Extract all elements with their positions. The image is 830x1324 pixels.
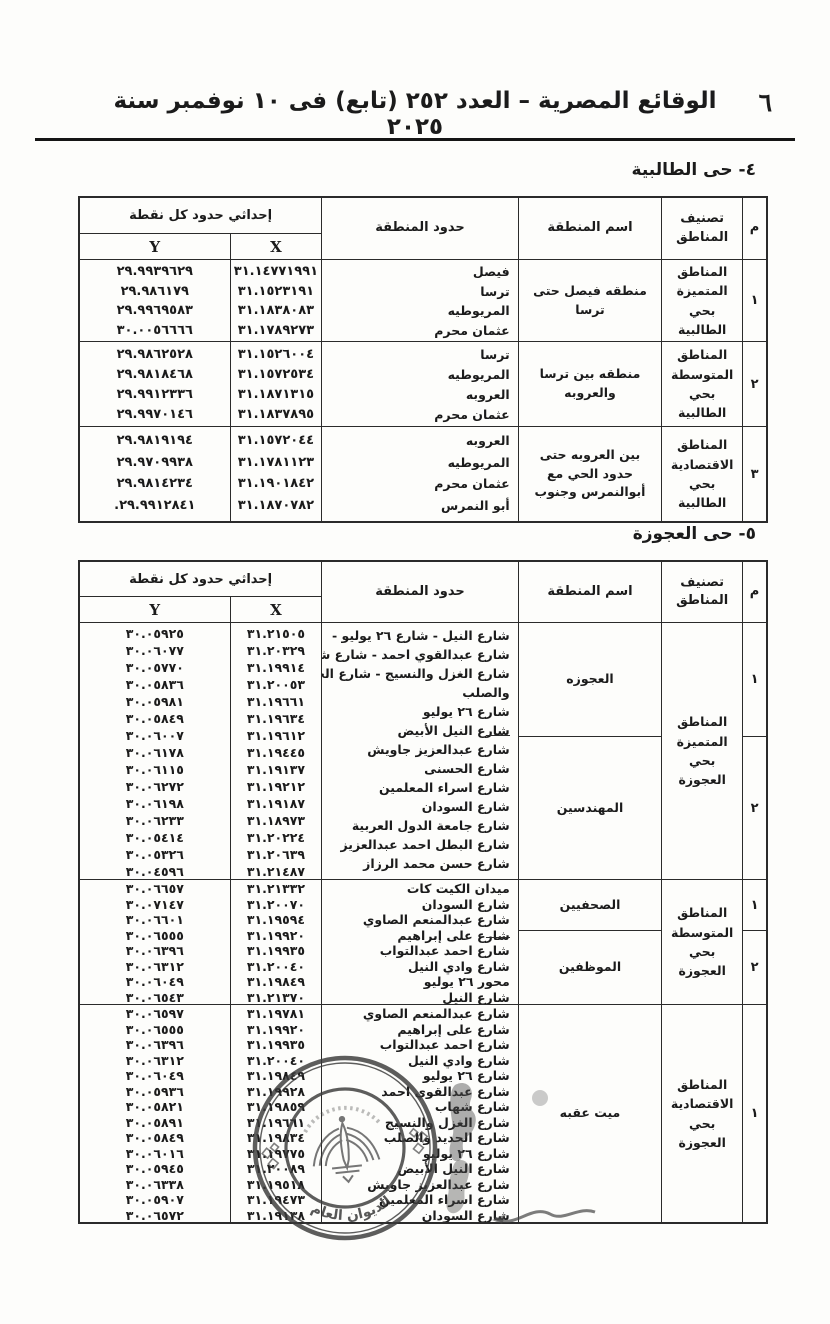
y-values: ٢٩.٩٩٣٩٦٢٩٢٩.٩٨٦١٧٩٢٩.٩٩٦٩٥٨٣٣٠.٠٠٥٦٦٦٦ (80, 260, 230, 341)
value-line: شارع وادي النيل (322, 959, 517, 975)
value-line: شارع السودان (322, 897, 517, 913)
header-serial: م (742, 198, 766, 259)
value-line: شارع جامعة الدول العربية (322, 816, 517, 835)
section-4-title: ٤- حى الطالبية (632, 160, 756, 180)
area-name-subcolumn: الصحفيين الموظفين (518, 880, 662, 1004)
value-line: ٣١.١٨٧٠٧٨٢ (231, 495, 322, 517)
value-line: المريوطيه (322, 301, 517, 321)
value-line: شارع وادي النيل (322, 1053, 517, 1069)
value-line: فيصل (322, 262, 517, 282)
value-line: ٣٠.٠٦٠١٦ (80, 1146, 230, 1162)
value-line: ٣١.١٩٦٦١ (231, 693, 322, 710)
value-line: ٣١.١٤٧٧١٩٩١ (231, 262, 322, 282)
value-line: عثمان محرم (322, 473, 517, 495)
table-header-row: م تصنيف المناطق اسم المنطقة حدود المنطقة… (80, 562, 766, 623)
gazette-header-title: الوقائع المصرية – العدد ٢٥٢ (تابع) فى ١٠… (100, 88, 730, 140)
row-bounds: العروبهالمريوطيهعثمان محرمأبو النمرس (321, 427, 517, 521)
value-line: ٣١.١٩٦١٢ (231, 727, 322, 744)
x-values: ٣١.١٩٧٨١٣١.١٩٩٢٠٣١.١٩٩٣٥٣١.٢٠٠٤٠٣١.١٩٨٤٩… (230, 1005, 322, 1222)
value-line: ٣٠.٠٦٥٧٢ (80, 1208, 230, 1223)
value-line: ٣٠.٠٥٩٨١ (80, 693, 230, 710)
value-line: ٣١.١٥٧٢٥٣٤ (231, 365, 322, 385)
header-serial: م (742, 562, 766, 622)
value-line: ٣١.١٩١٨٧ (231, 795, 322, 812)
row-area-name: الصحفيين (519, 880, 662, 931)
header-y: Y (80, 597, 230, 622)
value-line: ٣١.١٩٦٦١ (231, 1115, 322, 1131)
value-line: المريوطيه (322, 452, 517, 474)
row-area-name: المهندسين (519, 737, 662, 879)
row-classification: المناطق المتميزة بحي الطالبية (661, 260, 742, 341)
value-line: ٢٩.٩٩٣٩٦٢٩ (80, 262, 230, 282)
value-line: ٣١.٢٠٠٨٩ (231, 1161, 322, 1177)
value-line: ٣٠.٠٥٨٩١ (80, 1115, 230, 1131)
value-line: محور ٢٦ يوليو (322, 974, 517, 990)
gazette-page: { "page": { "number": "٦", "title": "الو… (0, 0, 830, 1324)
value-line: ٣٠.٠٥٤١٤ (80, 829, 230, 846)
value-line: ٣١.١٩٨٣٤ (231, 1130, 322, 1146)
y-values: ٣٠.٠٥٩٢٥٣٠.٠٦٠٧٧٣٠.٠٥٧٧٠٣٠.٠٥٨٣٦٣٠.٠٥٩٨١… (80, 623, 230, 879)
value-line: ٣١.١٥٧٢٠٤٤ (231, 430, 322, 452)
value-line: شارع النيل الأبيض (322, 721, 517, 740)
value-line: شارع على إبراهيم (322, 1022, 517, 1038)
value-line: ٣٠.٠٧١٤٧ (80, 897, 230, 913)
value-line: شارع شهاب (322, 1099, 517, 1115)
header-coords: إحداثي حدود كل نقطة (80, 198, 321, 234)
row-serial: ١ (742, 1005, 766, 1222)
table-row: ٣ المناطق الاقتصادية بحي الطالبية بين ال… (80, 427, 766, 521)
value-line: ٣١.١٩٤٧٣ (231, 1192, 322, 1208)
value-line: شارع النيل الأبيض (322, 1161, 517, 1177)
value-line: ٣١.١٩٩٣٥ (231, 1037, 322, 1053)
area-name-subcolumn: العجوزه المهندسين (518, 623, 662, 879)
value-line: ٣١.١٩٧٨١ (231, 1006, 322, 1022)
table-row: ١ المناطق المتميزة بحي الطالبية منطقه في… (80, 260, 766, 342)
value-line: ٣١.١٩٩٢٠ (231, 928, 322, 944)
classification-group-row: ١ ٢ المناطق المتميزة بحي العجوزة العجوزه… (80, 623, 766, 880)
value-line: شارع الغزل والنسيج - شارع الحديد (322, 664, 517, 683)
value-line: عثمان محرم (322, 321, 517, 341)
value-line: ٣١.١٨٧١٣١٥ (231, 385, 322, 405)
value-line: ٣٠.٠٦٥٥٥ (80, 928, 230, 944)
value-line: شارع عبدالقوي احمد (322, 1084, 517, 1100)
value-line: ٣٠.٠٦٢٧٢ (80, 778, 230, 795)
value-line: ٣٠.٠٦٣١٢ (80, 1053, 230, 1069)
value-line: شارع ٢٦ يوليو (322, 1146, 517, 1162)
serial-subcolumn: ١ ٢ (742, 880, 766, 1004)
row-classification: المناطق المتميزة بحي العجوزة (661, 623, 742, 879)
header-bounds: حدود المنطقة (321, 198, 517, 259)
value-line: ٣١.١٨٩٧٣ (231, 812, 322, 829)
header-xy-row: X Y (80, 234, 321, 259)
value-line: شارع النيل - شارع ٢٦ يوليو - (322, 626, 517, 645)
value-line: شارع عبدالعزيز جاويش (322, 740, 517, 759)
value-line: ترسا (322, 345, 517, 365)
value-line: شارع احمد عبدالتواب (322, 943, 517, 959)
value-line: ٣١.٢٠٠٤٠ (231, 959, 322, 975)
table-row: ٢ المناطق المتوسطة بحي الطالبية منطقه بي… (80, 342, 766, 427)
header-y: Y (80, 234, 230, 259)
value-line: ٣١.١٩٦٣٤ (231, 710, 322, 727)
value-line: ٣٠.٠٦٠٠٧ (80, 727, 230, 744)
value-line: ٣٠.٠٥٨٤٩ (80, 1130, 230, 1146)
header-classification: تصنيف المناطق (661, 562, 742, 622)
value-line: ٣٠.٠٥٧٧٠ (80, 659, 230, 676)
value-line: شارع ٢٦ يوليو (322, 1068, 517, 1084)
value-line: ٣٠.٠٦٥٤٣ (80, 990, 230, 1005)
value-line: ٢٩.٩٨١٨٤٦٨ (80, 365, 230, 385)
value-line: ميدان الكيت كات (322, 881, 517, 897)
value-line: ٣١.٢٠٣٢٩ (231, 642, 322, 659)
value-line: المريوطيه (322, 365, 517, 385)
value-line: ٣١.٢٠٦٣٩ (231, 846, 322, 863)
row-classification: المناطق الاقتصادية بحي العجوزة (661, 1005, 742, 1222)
row-area-name: ميت عقبه (518, 1005, 662, 1222)
classification-group-row: ١ ٢ المناطق المتوسطة بحي العجوزة الصحفيي… (80, 880, 766, 1005)
value-line: ٣٠.٠٠٥٦٦٦٦ (80, 321, 230, 341)
value-line: ٣٠.٠٦٢٣٣ (80, 812, 230, 829)
value-line: ٣١.٢١٣٣٢ (231, 881, 322, 897)
x-values: ٣١.٢١٣٣٢٣١.٢٠٠٧٠٣١.١٩٥٩٤٣١.١٩٩٢٠٣١.١٩٩٣٥… (230, 880, 322, 1004)
value-line: ٢٩.٩٨٦١٧٩ (80, 282, 230, 302)
header-coords-block: إحداثي حدود كل نقطة X Y (80, 198, 321, 259)
x-values: ٣١.١٥٢٦٠٠٤٣١.١٥٧٢٥٣٤٣١.١٨٧١٣١٥٣١.١٨٣٧٨٩٥ (230, 342, 322, 426)
row-bounds: شارع النيل - شارع ٢٦ يوليو -شارع عبدالقو… (321, 623, 517, 879)
value-line: ٣١.١٩١٣٧ (231, 761, 322, 778)
y-values: ٣٠.٠٦٥٩٧٣٠.٠٦٥٥٥٣٠.٠٦٣٩٦٣٠.٠٦٣١٢٣٠.٠٦٠٤٩… (80, 1005, 230, 1222)
value-line: ٣١.١٩٩٢٠ (231, 1022, 322, 1038)
value-line: شارع ٢٦ يوليو (322, 702, 517, 721)
value-line: ٣١.٢٠٠٥٣ (231, 676, 322, 693)
y-values: ٢٩.٩٨١٩١٩٤٢٩.٩٧٠٩٩٣٨٢٩.٩٨١٤٢٣٤.٢٩.٩٩١٢٨٤… (80, 427, 230, 521)
header-classification: تصنيف المناطق (661, 198, 742, 259)
value-line: شارع عبدالمنعم الصاوي (322, 912, 517, 928)
classification-group-row: ١ المناطق الاقتصادية بحي العجوزة ميت عقب… (80, 1005, 766, 1222)
row-area-name: منطقه بين ترسا والعروبه (518, 342, 662, 426)
value-line: ٣٠.٠٥٣٢٦ (80, 846, 230, 863)
value-line: شارع على إبراهيم (322, 928, 517, 944)
row-area-name: بين العروبه حتى حدود الحي مع أبوالنمرس و… (518, 427, 662, 521)
value-line: العروبه (322, 385, 517, 405)
value-line: شارع السودان (322, 797, 517, 816)
value-line: ٣١.١٥٢٣١٩١ (231, 282, 322, 302)
row-area-name: الموظفين (519, 931, 662, 1004)
value-line: شارع البطل احمد عبدالعزيز (322, 835, 517, 854)
value-line: أبو النمرس (322, 495, 517, 517)
row-serial: ١ (743, 880, 766, 931)
talbia-table: م تصنيف المناطق اسم المنطقة حدود المنطقة… (78, 196, 768, 523)
value-line: ٣٠.٠٦٦٥٧ (80, 881, 230, 897)
value-line: والصلب (322, 683, 517, 702)
value-line: شارع السودان (322, 1208, 517, 1223)
value-line: ٣٠.٠٦٣٣٨ (80, 1177, 230, 1193)
value-line: ٣٠.٠٥٩٢٥ (80, 625, 230, 642)
value-line: ٣٠.٠٦٥٥٥ (80, 1022, 230, 1038)
value-line: ٣١.١٧٨١١٢٣ (231, 452, 322, 474)
y-values: ٣٠.٠٦٦٥٧٣٠.٠٧١٤٧٣٠.٠٦٦٠١٣٠.٠٦٥٥٥٣٠.٠٦٣٩٦… (80, 880, 230, 1004)
value-line: ٣٠.٠٦٠٤٩ (80, 1068, 230, 1084)
value-line: ٣٠.٠٥٨٣٦ (80, 676, 230, 693)
value-line: ٣٠.٠٥٨٤٩ (80, 710, 230, 727)
value-line: ٣٠.٠٦١٩٨ (80, 795, 230, 812)
header-xy-row: X Y (80, 597, 321, 622)
header-area-name: اسم المنطقة (518, 562, 662, 622)
row-area-name: العجوزه (519, 623, 662, 737)
value-line: ٣١.٢١٥٠٥ (231, 625, 322, 642)
value-line: ٣١.١٧٨٩٢٧٣ (231, 321, 322, 341)
header-coords-block: إحداثي حدود كل نقطة X Y (80, 562, 321, 622)
value-line: ٢٩.٩٩٧٠١٤٦ (80, 405, 230, 425)
row-bounds: ترساالمريوطيهالعروبهعثمان محرم (321, 342, 517, 426)
header-bounds: حدود المنطقة (321, 562, 517, 622)
value-line: ٣١.١٨٣٧٨٩٥ (231, 405, 322, 425)
value-line: ٣١.١٩٥٩٤ (231, 912, 322, 928)
row-serial: ٢ (742, 342, 766, 426)
header-coords: إحداثي حدود كل نقطة (80, 562, 321, 597)
value-line: شارع عبدالعزيز جاويش (322, 1177, 517, 1193)
row-bounds: فيصلترساالمريوطيهعثمان محرم (321, 260, 517, 341)
x-values: ٣١.٢١٥٠٥٣١.٢٠٣٢٩٣١.١٩٩١٤٣١.٢٠٠٥٣٣١.١٩٦٦١… (230, 623, 322, 879)
x-values: ٣١.١٥٧٢٠٤٤٣١.١٧٨١١٢٣٣١.١٩٠١٨٤٢٣١.١٨٧٠٧٨٢ (230, 427, 322, 521)
value-line: ٣٠.٠٦٠٧٧ (80, 642, 230, 659)
value-line: ٣١.٢٠٢٢٤ (231, 829, 322, 846)
header-x: X (230, 234, 322, 259)
value-line: ٣١.١٩٠١٨٤٢ (231, 473, 322, 495)
value-line: ٣١.٢١٣٧٠ (231, 990, 322, 1005)
header-rule (35, 138, 795, 141)
value-line: العروبه (322, 430, 517, 452)
row-area-name: منطقه فيصل حتى ترسا (518, 260, 662, 341)
value-line: ٣١.٢٠٠٤٠ (231, 1053, 322, 1069)
x-values: ٣١.١٤٧٧١٩٩١٣١.١٥٢٣١٩١٣١.١٨٣٨٠٨٣٣١.١٧٨٩٢٧… (230, 260, 322, 341)
value-line: ٢٩.٩٧٠٩٩٣٨ (80, 452, 230, 474)
value-line: ٣٠.٠٦١٧٨ (80, 744, 230, 761)
value-line: ٣٠.٠٦٠٤٩ (80, 974, 230, 990)
row-serial: ٢ (743, 737, 766, 879)
value-line: ٣٠.٠٦٣٩٦ (80, 943, 230, 959)
value-line: ٣٠.٠٥٩٣٦ (80, 1084, 230, 1100)
value-line: شارع احمد عبدالتواب (322, 1037, 517, 1053)
value-line: شارع حسن محمد الرزاز (322, 854, 517, 873)
value-line: ٢٩.٩٨١٤٢٣٤ (80, 473, 230, 495)
value-line: شارع النيل (322, 990, 517, 1005)
value-line: ٣١.١٩٨٤٩ (231, 974, 322, 990)
value-line: ٣١.١٩٨٥٩ (231, 1099, 322, 1115)
value-line: ٣١.١٩٧٧٥ (231, 1146, 322, 1162)
serial-subcolumn: ١ ٢ (742, 623, 766, 879)
value-line: ٢٩.٩٨٦٢٥٢٨ (80, 345, 230, 365)
value-line: شارع اسراء المعلمين (322, 778, 517, 797)
row-classification: المناطق الاقتصادية بحي الطالبية (661, 427, 742, 521)
value-line: ٢٩.٩٩١٢٣٣٦ (80, 385, 230, 405)
value-line: شارع الحسنى (322, 759, 517, 778)
value-line: ٣٠.٠٥٨٢١ (80, 1099, 230, 1115)
value-line: ٣١.١٩٩١٤ (231, 659, 322, 676)
value-line: شارع الحديد والصلب (322, 1130, 517, 1146)
value-line: ٣١.١٩٩٢٨ (231, 1084, 322, 1100)
value-line: ٣٠.٠٦٣٩٦ (80, 1037, 230, 1053)
value-line: ٣٠.٠٤٥٩٦ (80, 863, 230, 879)
value-line: ٣٠.٠٦٣١٢ (80, 959, 230, 975)
value-line: ٣١.١٥٢٦٠٠٤ (231, 345, 322, 365)
row-bounds: شارع عبدالمنعم الصاويشارع على إبراهيمشار… (321, 1005, 517, 1222)
value-line: ٣٠.٠٥٩٠٧ (80, 1192, 230, 1208)
value-line: ٣٠.٠٦٦٠١ (80, 912, 230, 928)
value-line: ٢٩.٩٩٦٩٥٨٣ (80, 301, 230, 321)
row-bounds: ميدان الكيت كاتشارع السودانشارع عبدالمنع… (321, 880, 517, 1004)
value-line: شارع عبدالمنعم الصاوي (322, 1006, 517, 1022)
value-line: .٢٩.٩٩١٢٨٤١ (80, 495, 230, 517)
value-line: ٣٠.٠٦١١٥ (80, 761, 230, 778)
value-line: ٣١.١٩٢١٢ (231, 778, 322, 795)
row-serial: ١ (742, 260, 766, 341)
page-number: ٦ (759, 88, 772, 117)
row-classification: المناطق المتوسطة بحي الطالبية (661, 342, 742, 426)
header-area-name: اسم المنطقة (518, 198, 662, 259)
row-serial: ١ (743, 623, 766, 737)
value-line: ٣١.١٩١٣٨ (231, 1208, 322, 1223)
value-line: شارع عبدالقوي احمد - شارع شهاب - (322, 645, 517, 664)
value-line: ٣٠.٠٦٥٩٧ (80, 1006, 230, 1022)
section-5-title: ٥- حى العجوزة (633, 524, 756, 544)
value-line: ٣١.١٩٨٤٩ (231, 1068, 322, 1084)
value-line: ٣١.١٩٩٣٥ (231, 943, 322, 959)
y-values: ٢٩.٩٨٦٢٥٢٨٢٩.٩٨١٨٤٦٨٢٩.٩٩١٢٣٣٦٢٩.٩٩٧٠١٤٦ (80, 342, 230, 426)
value-line: ٣٠.٠٥٩٤٥ (80, 1161, 230, 1177)
agouza-table: م تصنيف المناطق اسم المنطقة حدود المنطقة… (78, 560, 768, 1224)
value-line: ٣١.١٩٥١٨ (231, 1177, 322, 1193)
table-header-row: م تصنيف المناطق اسم المنطقة حدود المنطقة… (80, 198, 766, 260)
row-classification: المناطق المتوسطة بحي العجوزة (661, 880, 742, 1004)
value-line: ترسا (322, 282, 517, 302)
value-line: ٣١.١٩٤٤٥ (231, 744, 322, 761)
value-line: ٣١.١٨٣٨٠٨٣ (231, 301, 322, 321)
value-line: ٢٩.٩٨١٩١٩٤ (80, 430, 230, 452)
value-line: ٣١.٢١٤٨٧ (231, 863, 322, 879)
value-line: شارع اسراء المعلمين (322, 1192, 517, 1208)
value-line: ٣١.٢٠٠٧٠ (231, 897, 322, 913)
value-line: شارع الغزل والنسيج (322, 1115, 517, 1131)
row-serial: ٣ (742, 427, 766, 521)
value-line: عثمان محرم (322, 405, 517, 425)
row-serial: ٢ (743, 931, 766, 1004)
header-x: X (230, 597, 322, 622)
